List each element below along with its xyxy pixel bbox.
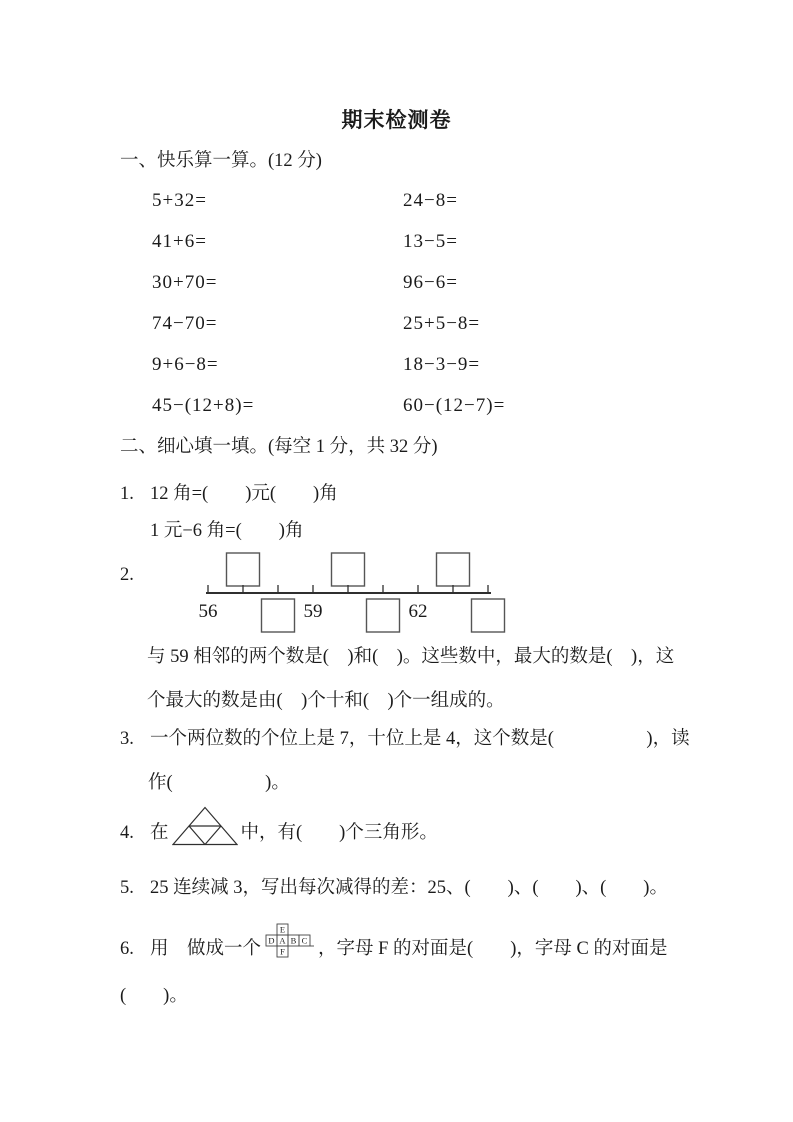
equation-row: 9+6−8= 18−3−9= bbox=[152, 354, 632, 395]
question-text: 中，有( )个三角形。 bbox=[241, 820, 438, 846]
equation-row: 30+70= 96−6= bbox=[152, 272, 632, 313]
question-number: 1. bbox=[120, 481, 150, 507]
subdivided-triangle-figure bbox=[172, 806, 238, 846]
question-3-line-1: 3.一个两位数的个位上是 7，十位上是 4，这个数是( )，读 bbox=[120, 726, 690, 752]
question-number: 3. bbox=[120, 726, 150, 752]
equation: 13−5= bbox=[403, 231, 458, 253]
equation: 5+32= bbox=[152, 190, 403, 212]
section-1-header: 一、快乐算一算。(12 分) bbox=[120, 148, 322, 174]
equation: 41+6= bbox=[152, 231, 403, 253]
equation: 18−3−9= bbox=[403, 354, 480, 376]
cube-net-figure: E D A B C F bbox=[265, 923, 314, 959]
question-3-line-2: 作( )。 bbox=[148, 770, 290, 796]
worksheet-page: 期末检测卷 一、快乐算一算。(12 分) 5+32= 24−8= 41+6= 1… bbox=[0, 0, 793, 1122]
question-4-line: 4.在中，有( )个三角形。 bbox=[120, 806, 438, 846]
question-number: 6. bbox=[120, 936, 150, 962]
equation: 96−6= bbox=[403, 272, 458, 294]
equation: 30+70= bbox=[152, 272, 403, 294]
net-letter: C bbox=[302, 936, 308, 946]
net-letter: B bbox=[291, 936, 297, 946]
question-2-number: 2. bbox=[120, 562, 134, 588]
answer-box[interactable] bbox=[472, 599, 505, 632]
question-2-text-1: 与 59 相邻的两个数是( )和( )。这些数中，最大的数是( )，这 bbox=[147, 644, 674, 670]
equation: 9+6−8= bbox=[152, 354, 403, 376]
equation: 24−8= bbox=[403, 190, 458, 212]
tick-label: 59 bbox=[304, 601, 323, 622]
net-letter: E bbox=[280, 925, 285, 935]
tick-label: 56 bbox=[199, 601, 218, 622]
tick-label: 62 bbox=[409, 601, 428, 622]
question-text: 25 连续减 3，写出每次减得的差：25、( )、( )、( )。 bbox=[150, 878, 668, 898]
equation: 60−(12−7)= bbox=[403, 395, 505, 417]
question-5-line: 5.25 连续减 3，写出每次减得的差：25、( )、( )、( )。 bbox=[120, 875, 668, 901]
answer-box[interactable] bbox=[227, 553, 260, 586]
net-letter: F bbox=[280, 947, 285, 957]
question-6-line-2: ( )。 bbox=[120, 983, 188, 1009]
page-title: 期末检测卷 bbox=[0, 104, 793, 134]
question-2-text-2: 个最大的数是由( )个十和( )个一组成的。 bbox=[147, 688, 505, 714]
question-text: 一个两位数的个位上是 7，十位上是 4，这个数是( )，读 bbox=[150, 729, 690, 749]
question-text: 在 bbox=[150, 820, 169, 846]
answer-box[interactable] bbox=[437, 553, 470, 586]
numberline-figure: 56 59 62 bbox=[196, 549, 508, 635]
answer-box[interactable] bbox=[367, 599, 400, 632]
question-6-line: 6.用 做成一个 E D A B C F ，字母 F 的对面是( )，字母 C … bbox=[120, 923, 667, 962]
question-number: 5. bbox=[120, 875, 150, 901]
equation: 25+5−8= bbox=[403, 313, 480, 335]
section-2-header: 二、细心填一填。(每空 1 分，共 32 分) bbox=[120, 434, 438, 460]
question-number: 4. bbox=[120, 820, 150, 846]
equation: 45−(12+8)= bbox=[152, 395, 403, 417]
question-text: 用 做成一个 bbox=[150, 936, 261, 962]
answer-box[interactable] bbox=[262, 599, 295, 632]
equation-grid: 5+32= 24−8= 41+6= 13−5= 30+70= 96−6= 74−… bbox=[152, 190, 632, 436]
question-text: ，字母 F 的对面是( )，字母 C 的对面是 bbox=[318, 936, 667, 962]
inner-triangle-lines bbox=[189, 826, 221, 845]
equation-row: 74−70= 25+5−8= bbox=[152, 313, 632, 354]
net-letter: D bbox=[268, 936, 274, 946]
equation-row: 41+6= 13−5= bbox=[152, 231, 632, 272]
answer-box[interactable] bbox=[332, 553, 365, 586]
question-1-line-1: 1.12 角=( )元( )角 bbox=[120, 481, 338, 507]
question-1-line-2: 1 元−6 角=( )角 bbox=[150, 518, 303, 544]
question-text: 12 角=( )元( )角 bbox=[150, 484, 338, 504]
net-letter: A bbox=[279, 936, 286, 946]
equation: 74−70= bbox=[152, 313, 403, 335]
equation-row: 45−(12+8)= 60−(12−7)= bbox=[152, 395, 632, 436]
equation-row: 5+32= 24−8= bbox=[152, 190, 632, 231]
